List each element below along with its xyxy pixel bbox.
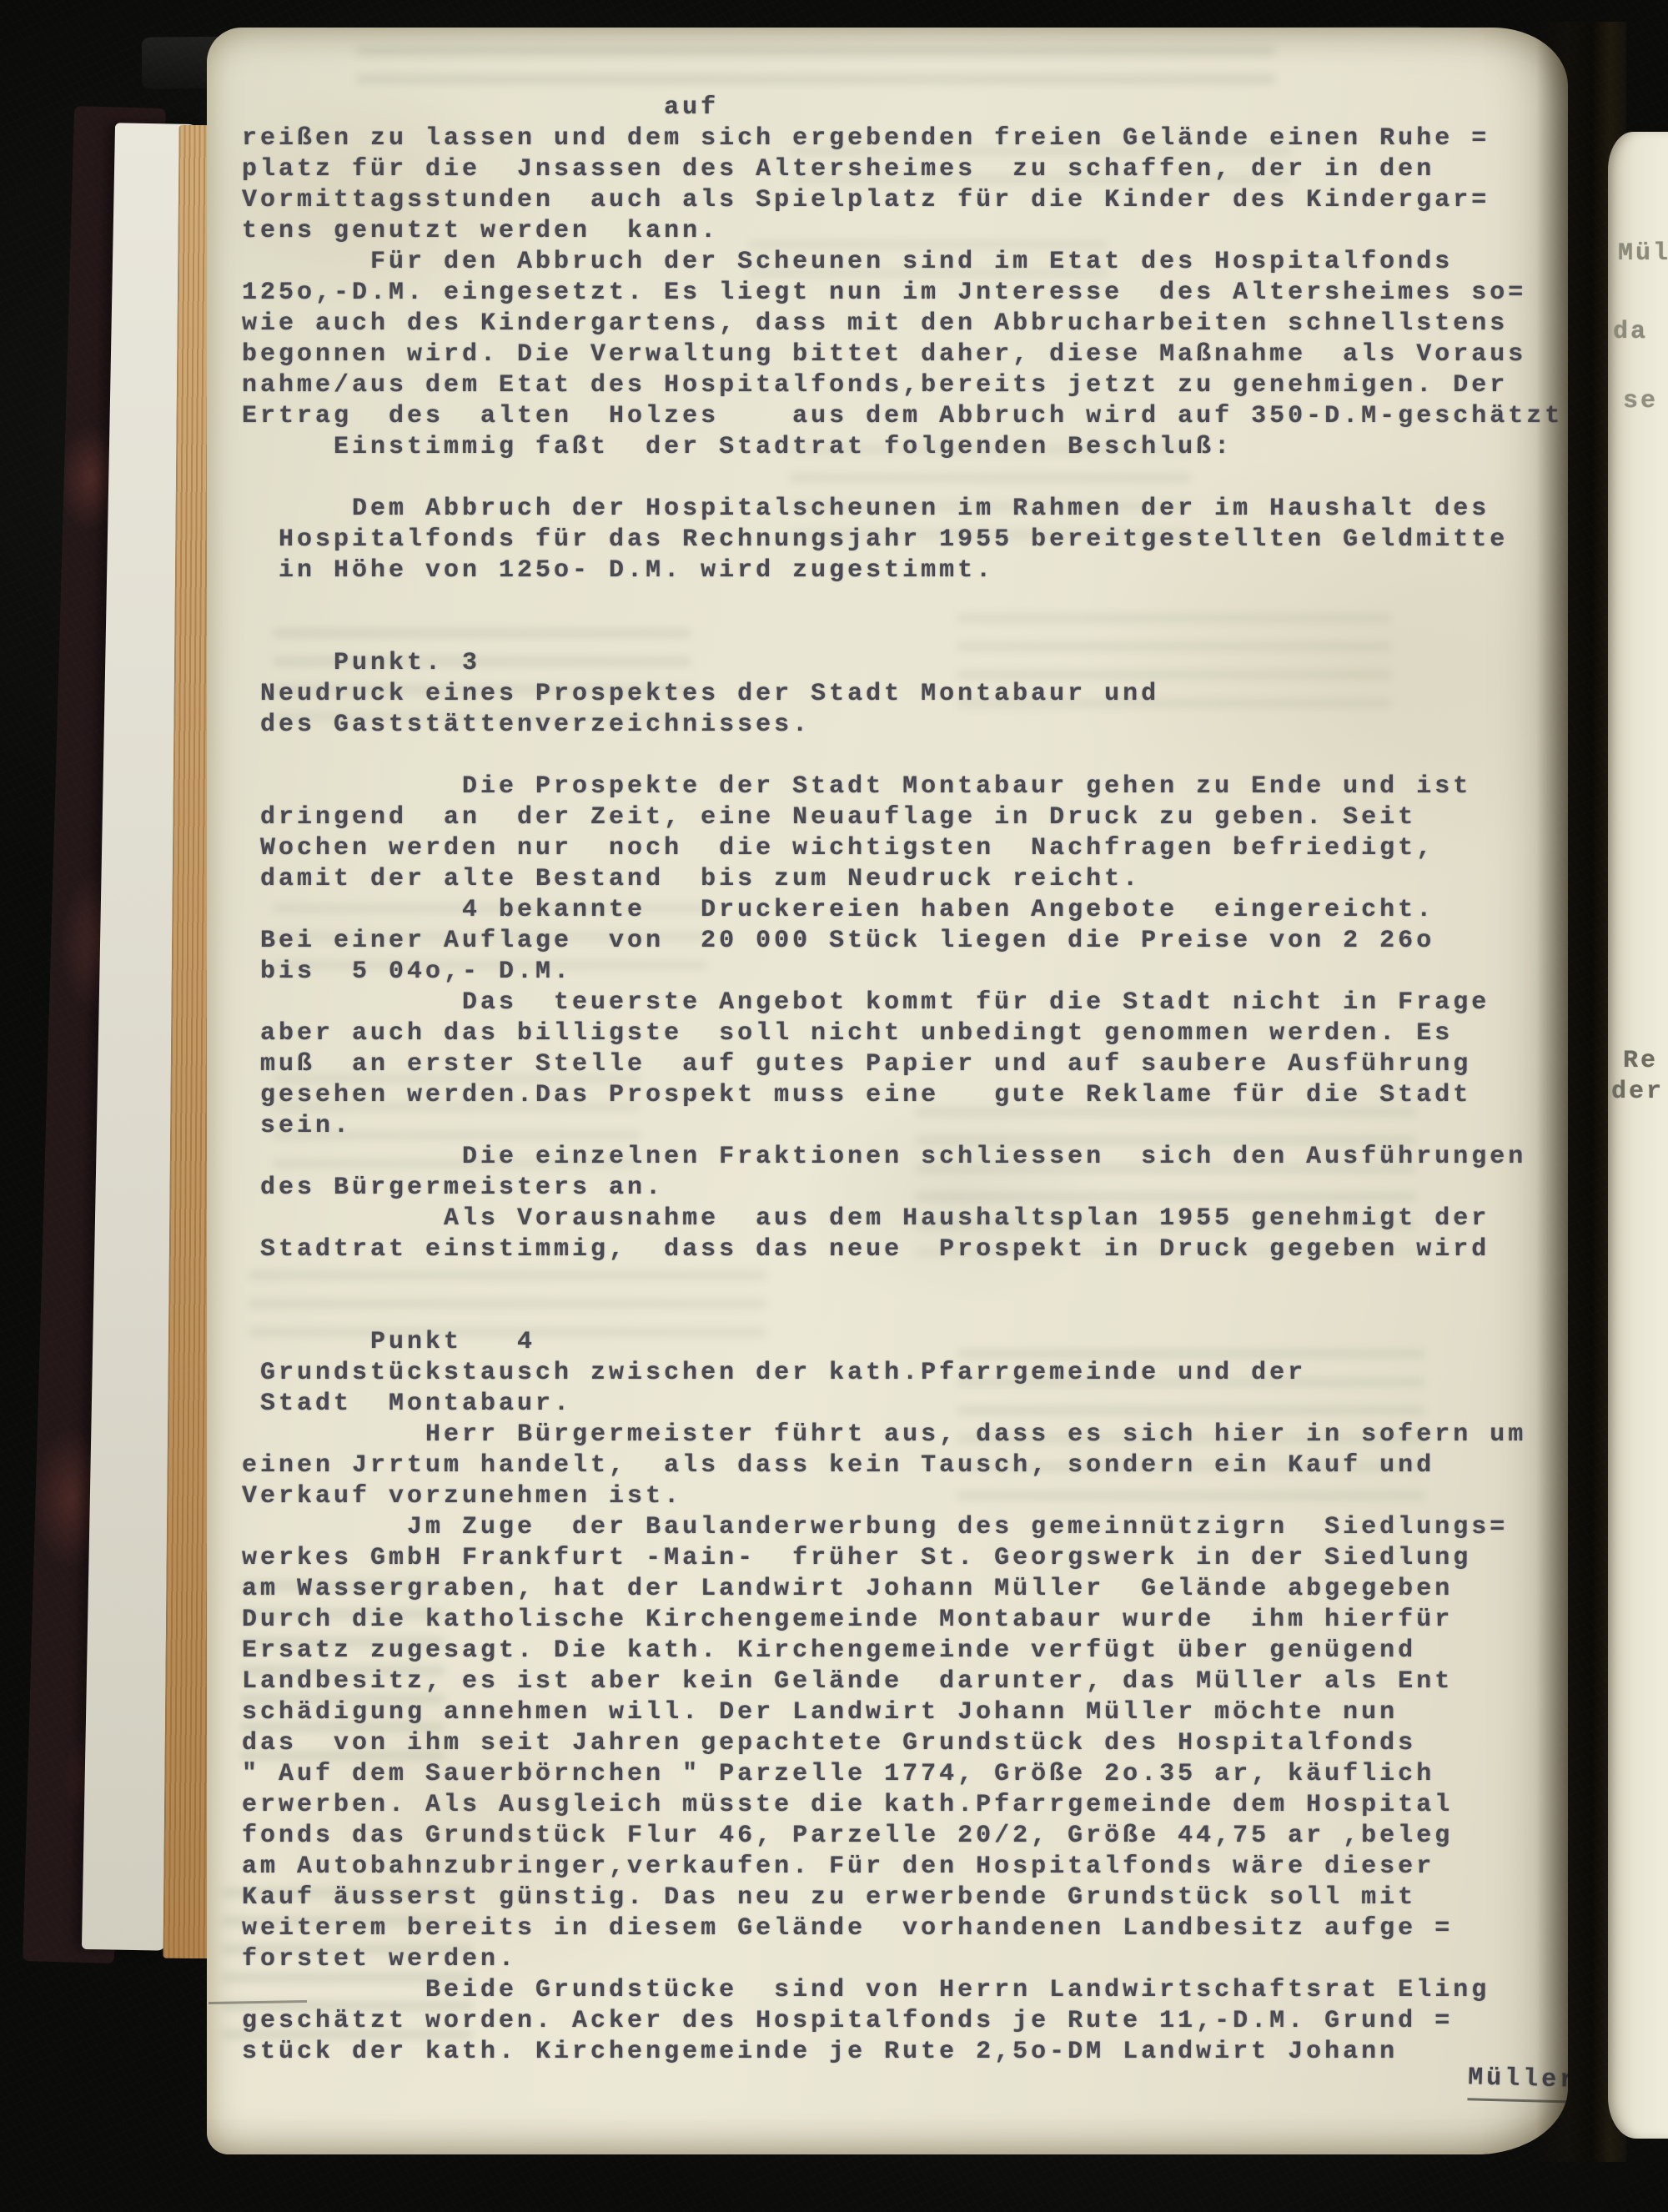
archive-photo: auf reißen zu lassen und dem sich ergebe…: [0, 0, 1668, 2212]
next-page-text-fragment: Mül: [1618, 239, 1668, 269]
ghost-bleedthrough: [357, 44, 1274, 98]
next-page-sliver: Mül da se Re der: [1608, 132, 1668, 2139]
next-page-text-fragment: se: [1623, 386, 1658, 417]
next-page-text-fragment: da: [1613, 317, 1648, 348]
next-page-text-fragment: Re: [1623, 1046, 1658, 1077]
next-page-text-fragment: der: [1611, 1077, 1664, 1108]
typewritten-text: auf reißen zu lassen und dem sich ergebe…: [242, 93, 1568, 2068]
document-page: auf reißen zu lassen und dem sich ergebe…: [207, 28, 1568, 2154]
